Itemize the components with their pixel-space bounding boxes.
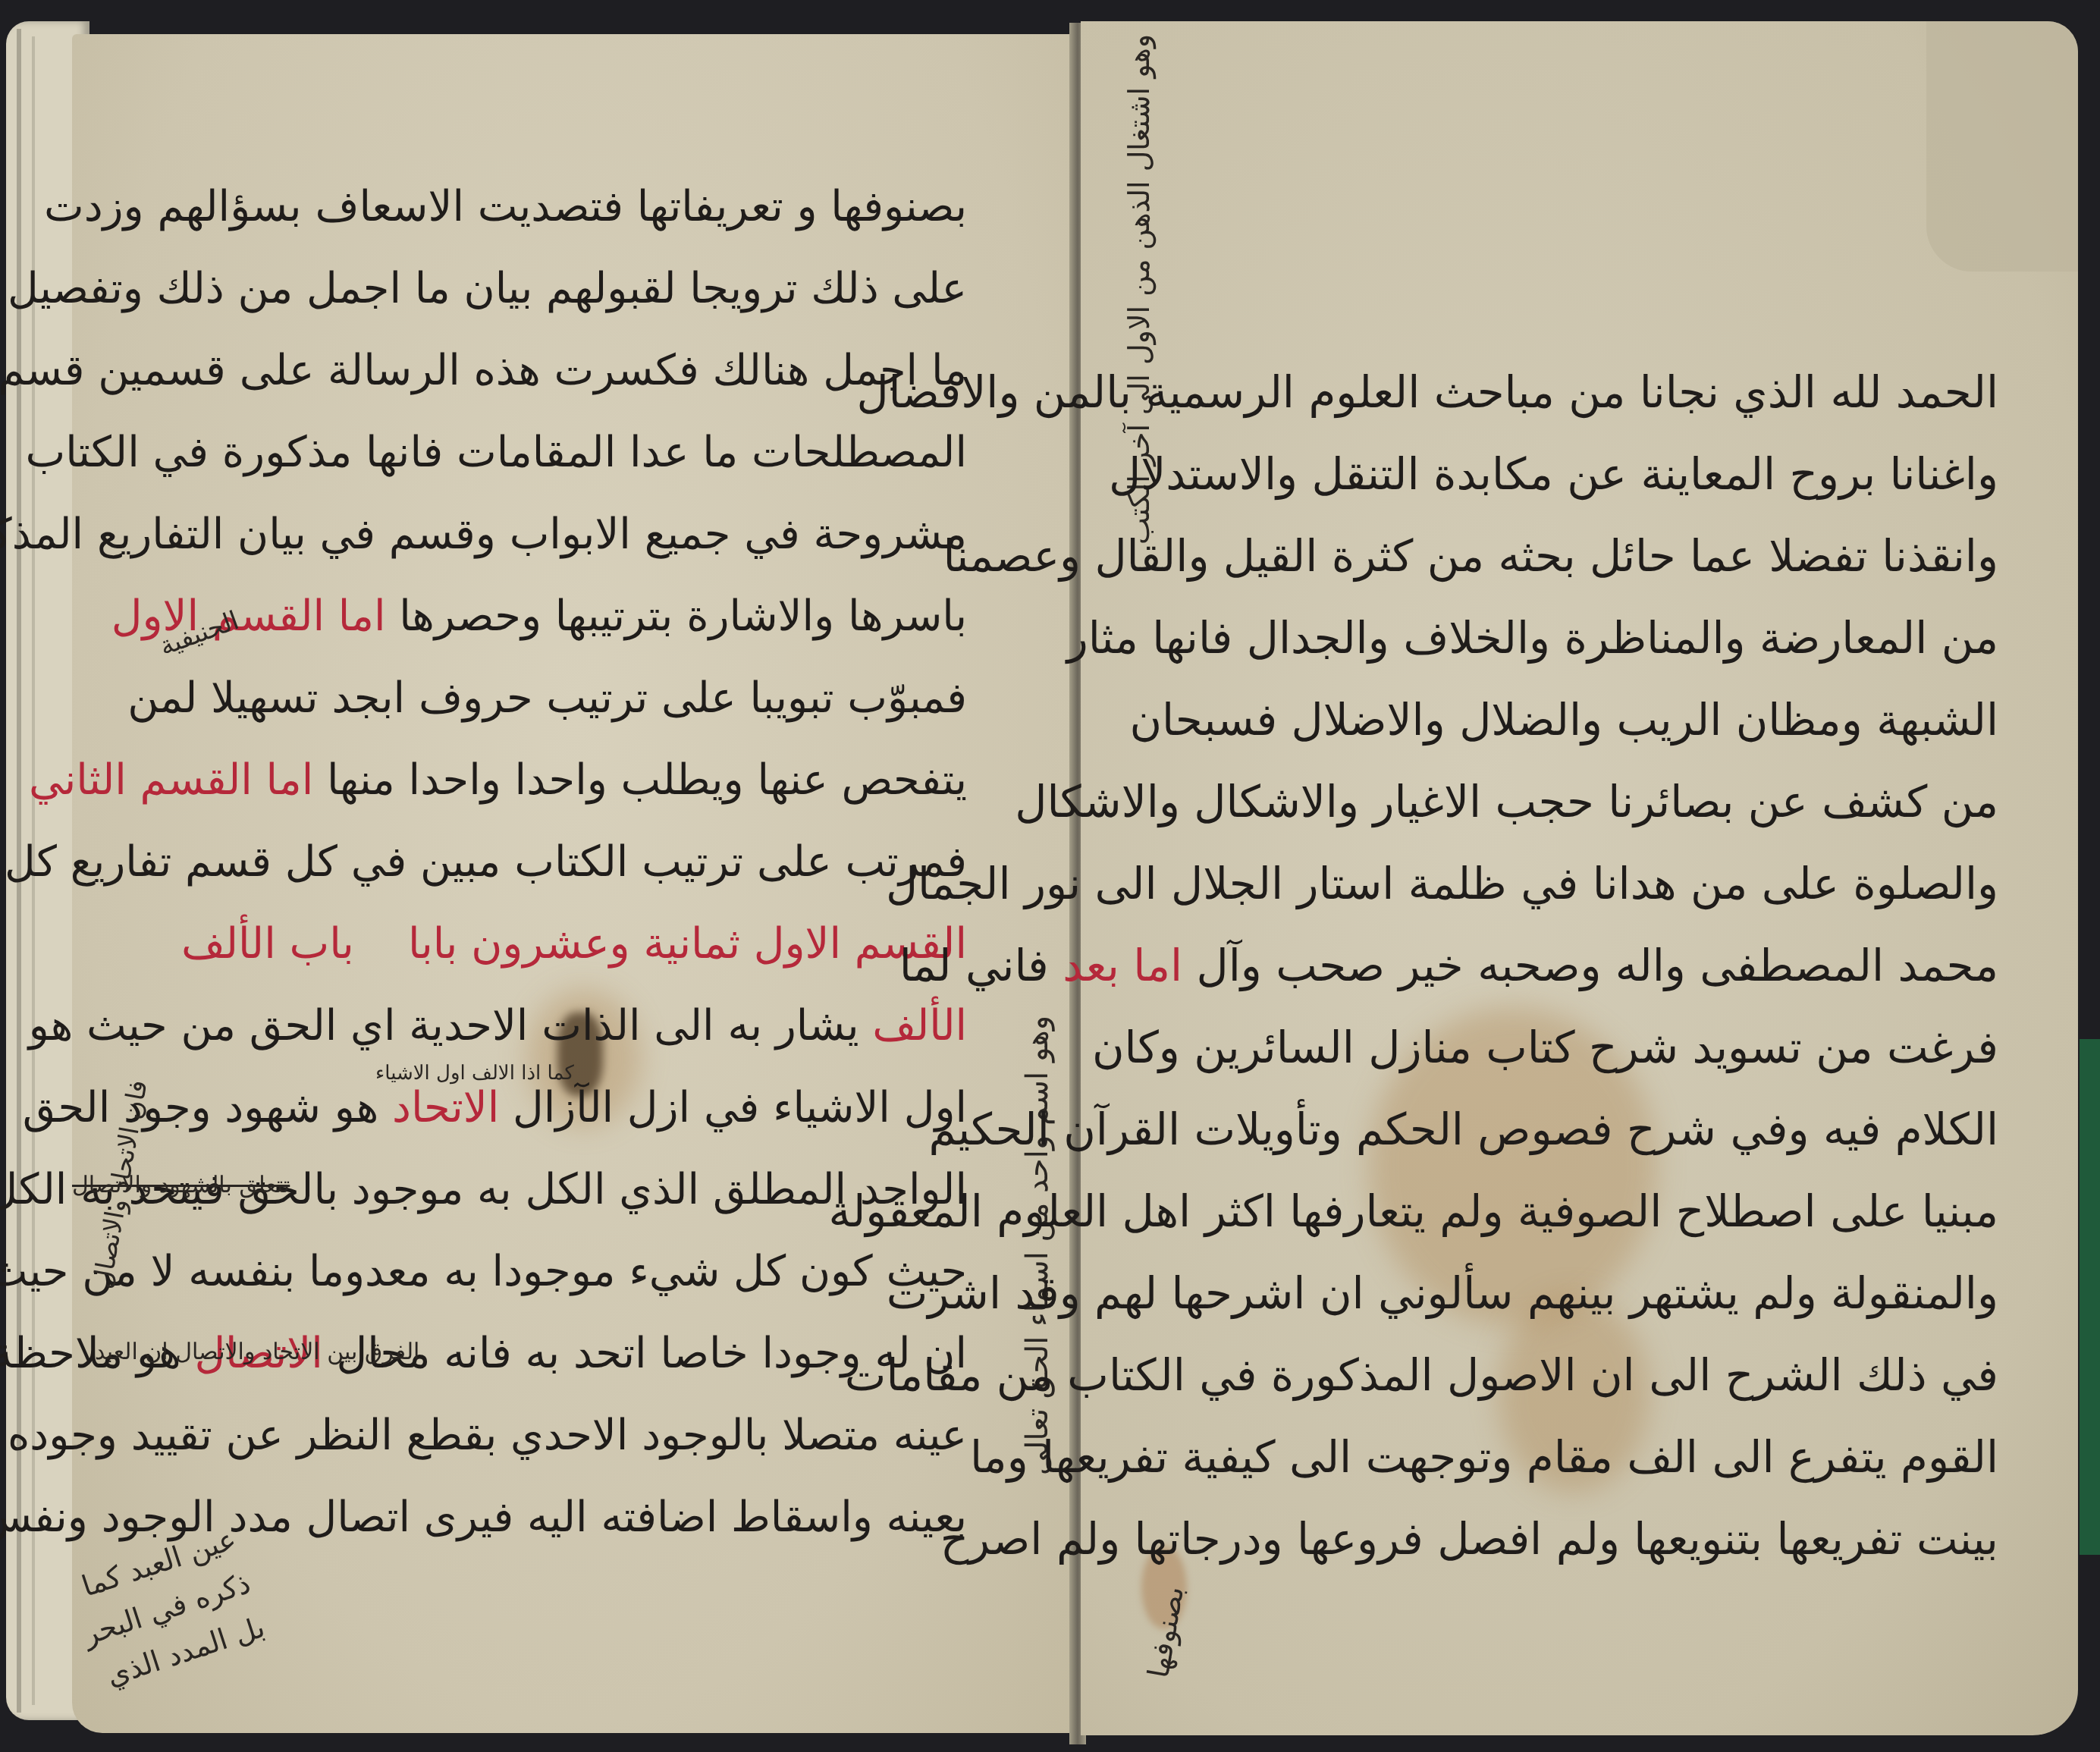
margin-note: وهو اسم واحد من اسماء الحق تعالى	[1020, 1016, 1055, 1475]
right-page-text-block: الحمد لله الذي نجانا من مباحث العلوم الر…	[1179, 370, 1998, 1599]
text-line: الحمد لله الذي نجانا من مباحث العلوم الر…	[1179, 370, 1998, 452]
right-page: وهو اشتغال الذهن من الاول الى آخر الكتب …	[1081, 21, 2078, 1735]
text-line: المصطلحات ما عدا المقامات فانها مذكورة ف…	[178, 432, 967, 513]
green-backing-edge	[2080, 1039, 2100, 1555]
rubric-heading: الاتحاد	[392, 1083, 499, 1132]
text-line: مشروحة في جميع الابواب وقسم في بيان التف…	[178, 513, 967, 595]
text-line: في ذلك الشرح الى ان الاصول المذكورة في ا…	[1179, 1353, 1998, 1435]
rubric-heading: الألف	[872, 1001, 967, 1050]
interlinear-note: الفرق بين الاتحاد والاتصال ان العبد	[95, 1339, 419, 1365]
rubric-heading: القسم الاول ثمانية وعشرون بابا	[408, 919, 967, 969]
text-line: بعينه واسقاط اضافته اليه فيرى اتصال مدد …	[178, 1496, 967, 1578]
text-segment: اول الاشياء في ازل الآزال	[513, 1083, 967, 1132]
text-line: باسرها والاشارة بترتيبها وحصرها اما القس…	[178, 595, 967, 677]
text-segment: محمد المصطفى واله وصحبه خير صحب وآل	[1197, 940, 1998, 991]
text-line: وانقذنا تفضلا عما حائل بحثه من كثرة القي…	[1179, 534, 1998, 616]
rubric-heading: اما بعد	[1063, 940, 1182, 991]
text-line: بصنوفها و تعريفاتها فتصديت الاسعاف بسؤال…	[178, 186, 967, 268]
text-segment: باسرها والاشارة بترتيبها وحصرها	[399, 592, 967, 641]
rubric-heading: اما القسم الاول	[111, 592, 386, 641]
text-segment: هو شهود وجود الحق	[23, 1083, 378, 1132]
text-segment: يتفحص عنها ويطلب واحدا واحدا منها	[327, 755, 967, 805]
text-line: القوم يتفرع الى الف مقام وتوجهت الى كيفي…	[1179, 1435, 1998, 1517]
text-line: على ذلك ترويجا لقبولهم بيان ما اجمل من ذ…	[178, 268, 967, 350]
text-line: من المعارضة والمناظرة والخلاف والجدال فا…	[1179, 616, 1998, 698]
text-line: ما اجمل هنالك فكسرت هذه الرسالة على قسمي…	[178, 350, 967, 432]
text-line: من كشف عن بصائرنا حجب الاغيار والاشكال و…	[1179, 780, 1998, 862]
text-line: اول الاشياء في ازل الآزال الاتحاد هو شهو…	[178, 1087, 967, 1169]
text-line: محمد المصطفى واله وصحبه خير صحب وآل اما …	[1179, 944, 1998, 1025]
text-line: فرغت من تسويد شرح كتاب منازل السائرين وك…	[1179, 1025, 1998, 1107]
text-line: والمنقولة ولم يشتهر بينهم سألوني ان اشرح…	[1179, 1271, 1998, 1353]
text-line: الشبهة ومظان الريب والضلال والاضلال فسبح…	[1179, 698, 1998, 780]
rubric-heading: باب الألف	[181, 919, 354, 969]
text-segment: فاني لما	[899, 940, 1049, 991]
text-line: يتفحص عنها ويطلب واحدا واحدا منها اما ال…	[178, 759, 967, 841]
text-line: فمرتب على ترتيب الكتاب مبين في كل قسم تف…	[178, 841, 967, 923]
worn-corner	[1926, 21, 2078, 272]
margin-note: عين العبد كما ذكره في البحر بل المدد الذ…	[40, 1516, 271, 1709]
text-line: فمبوّب تبويبا على ترتيب حروف ابجد تسهيلا…	[178, 677, 967, 759]
text-line: الكلام فيه وفي شرح فصوص الحكم وتأويلات ا…	[1179, 1107, 1998, 1189]
text-line: بينت تفريعها بتنويعها ولم افصل فروعها ود…	[1179, 1517, 1998, 1599]
text-segment: يشار به الى الذات الاحدية اي الحق من حيث…	[29, 1001, 859, 1050]
text-line: عينه متصلا بالوجود الاحدي بقطع النظر عن …	[178, 1414, 967, 1496]
rubric-heading: اما القسم الثاني	[29, 755, 313, 805]
text-line: مبنيا على اصطلاح الصوفية ولم يتعارفها اك…	[1179, 1189, 1998, 1271]
text-line: حيث كون كل شيء موجودا به معدوما بنفسه لا…	[178, 1251, 967, 1333]
text-line: القسم الاول ثمانية وعشرون بابا باب الألف	[178, 923, 967, 1005]
interlinear-note: كما اذا الالف اول الاشياء	[375, 1062, 574, 1085]
text-line: واغنانا بروح المعاينة عن مكابدة التنقل و…	[1179, 452, 1998, 534]
text-line: والصلوة على من هدانا في ظلمة استار الجلا…	[1179, 862, 1998, 944]
